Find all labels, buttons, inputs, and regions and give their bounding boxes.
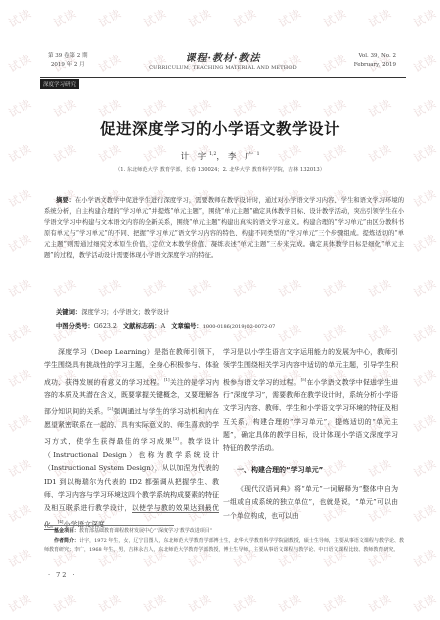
journal-title-cn: 课程·教材·教法	[40, 49, 406, 64]
section-heading: 一、构建合理的“学习单元”	[237, 464, 398, 477]
header-issue-en: Vol. 39, No. 2 February, 2019	[354, 52, 396, 69]
author-affiliation-ref: 1	[257, 152, 260, 157]
body-column-right: 学习是以小学生语言文字运用能力的发展为中心，教师引领学生围绕相关学习内容中适切的…	[223, 346, 398, 523]
clc-label: 中图分类号：	[56, 323, 94, 330]
header-journal-name: 课程·教材·教法 CURRICULUM, TEACHING MATERIAL A…	[40, 49, 406, 71]
article-no-label: 文章编号：	[171, 323, 202, 330]
body-paragraph: 学习是以小学生语言文字运用能力的发展为中心，教师引领学生围绕相关学习内容中适切的…	[223, 346, 398, 456]
journal-header: 第 39 卷第 2 期 2019 年 2 月 课程·教材·教法 CURRICUL…	[40, 52, 406, 78]
doc-code-label: 文献标志码：	[123, 323, 161, 330]
author-name: 计 宇	[181, 152, 210, 162]
journal-page: 第 39 卷第 2 期 2019 年 2 月 课程·教材·教法 CURRICUL…	[0, 0, 440, 620]
body-column-left: 深度学习（Deep Learning）是指在教师引领下，学生围绕具有挑战性的学习…	[44, 346, 219, 532]
abstract-label: 摘要：	[56, 197, 75, 204]
author-line: 计 宇1,2，李 广1	[0, 150, 440, 162]
affiliation: （1. 东北师范大学 教育学部，长春 130024；2. 北华大学 教育科学学院…	[0, 166, 440, 173]
clc-value: G623.2	[94, 323, 117, 330]
bio-label: 作者简介：	[54, 538, 79, 544]
body-paragraph: 深度学习（Deep Learning）是指在教师引领下，学生围绕具有挑战性的学习…	[44, 346, 219, 532]
date-en: February, 2019	[354, 61, 396, 70]
footnote-divider	[44, 525, 174, 526]
author-separator: ，	[216, 152, 228, 162]
body-text: 在小学语文教学中促进学生进行“深度学习”，需要教师在教学设计时，系统分析小学语文…	[223, 378, 398, 452]
abstract: 摘要：在小学语文教学中促进学生进行深度学习，需要教师在教学设计时，通过对小学语文…	[44, 195, 404, 262]
article-title: 促进深度学习的小学语文教学设计	[0, 117, 440, 139]
fund-text: 教育部基础教育课程教材发展中心“‘深度学习’教学改进项目”	[79, 528, 212, 534]
keywords: 关键词：深度学习；小学语文；教学设计	[56, 307, 169, 316]
fund-label: 基金项目：	[54, 528, 79, 534]
abstract-text: 在小学语文教学中促进学生进行深度学习，需要教师在教学设计时，通过对小学语文学习内…	[44, 197, 404, 259]
doc-code-value: A	[161, 323, 166, 330]
bio-text: 计宇，1972 年生，女，辽宁昌图人，东北师范大学教育学部博士生，北华大学教育科…	[44, 538, 404, 554]
classification-line: 中图分类号：G623.2 文献标志码：A 文章编号：1000-0186(2019…	[56, 321, 275, 330]
fund-note: 基金项目：教育部基础教育课程教材发展中心“‘深度学习’教学改进项目”	[44, 527, 404, 537]
body-paragraph: 《现代汉语词典》将“单元”一词解释为“整体中自为一组或自成系统的独立单位”，也就…	[223, 483, 398, 523]
body-text: 。教学设计（Instructional Design）也称为教学系统设计（Ins…	[44, 438, 219, 512]
author-name: 李 广	[228, 152, 257, 162]
author-bio-note: 作者简介：计宇，1972 年生，女，辽宁昌图人，东北师范大学教育学部博士生，北华…	[44, 537, 404, 556]
volume-en: Vol. 39, No. 2	[354, 52, 396, 61]
section-tag: 深度学习研究	[40, 79, 79, 89]
keywords-label: 关键词：	[56, 309, 81, 316]
keywords-text: 深度学习；小学语文；教学设计	[81, 309, 169, 316]
article-no-value: 1000-0186(2019)02-0072-07	[203, 324, 276, 330]
journal-title-en: CURRICULUM, TEACHING MATERIAL AND METHOD	[40, 65, 406, 71]
footnotes: 基金项目：教育部基础教育课程教材发展中心“‘深度学习’教学改进项目” 作者简介：…	[44, 527, 404, 556]
page-number: · 72 ·	[48, 571, 77, 579]
